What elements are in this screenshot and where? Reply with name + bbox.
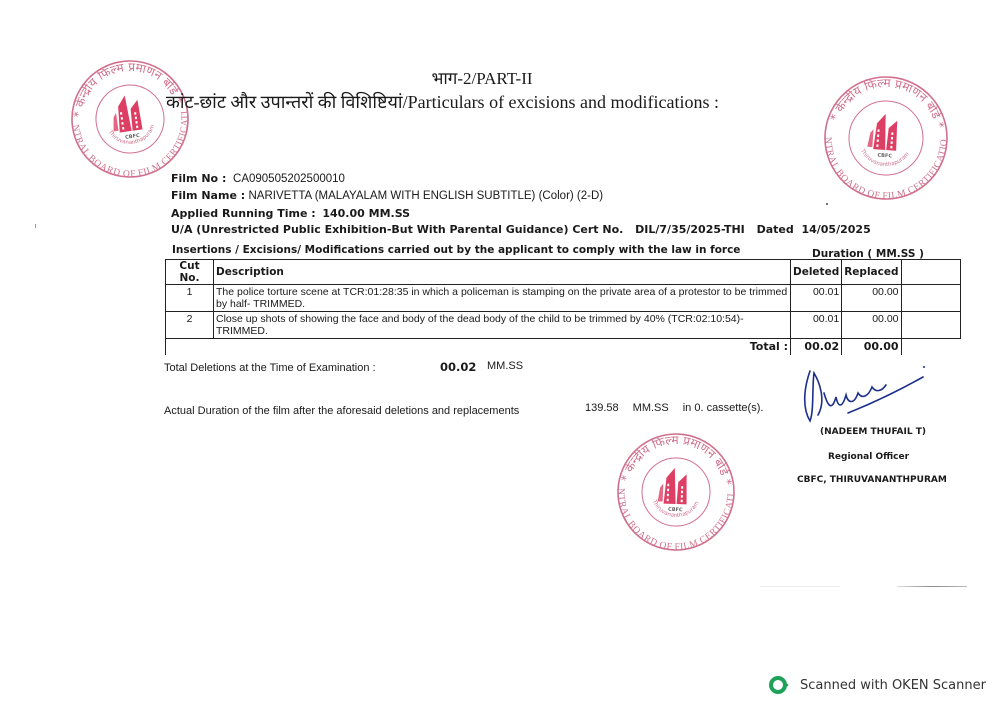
film-name-value: NARIVETTA (MALAYALAM WITH ENGLISH SUBTIT…	[248, 190, 603, 202]
header-description: Description	[214, 260, 791, 285]
cut-number: 2	[166, 312, 214, 339]
film-name: Film Name : NARIVETTA (MALAYALAM WITH EN…	[171, 188, 603, 202]
part-heading: भाग-2/PART-II	[0, 66, 1000, 89]
cut-description: The police torture scene at TCR:01:28:35…	[214, 285, 791, 312]
watermark-text: Scanned with OKEN Scanner	[800, 678, 986, 693]
svg-text:CBFC: CBFC	[668, 507, 683, 514]
actual-duration: 139.58MM.SSin 0. cassette(s).	[585, 402, 763, 414]
scanner-watermark: Scanned with OKEN Scanner	[768, 674, 986, 696]
certificate-number: DIL/7/35/2025-THI	[635, 223, 745, 236]
table-header-row: Cut No. Description Deleted Replaced	[166, 260, 961, 285]
applied-running-time: Applied Running Time : 140.00 MM.SS	[171, 206, 410, 220]
blank-cell	[901, 312, 960, 339]
header-replaced: Replaced	[842, 260, 901, 285]
replaced-duration: 00.00	[842, 312, 901, 339]
officer-title: Regional Officer	[828, 452, 909, 462]
total-deletions-label: Total Deletions at the Time of Examinati…	[164, 362, 376, 374]
certificate-category: U/A (Unrestricted Public Exhibition-But …	[171, 223, 623, 236]
replaced-duration: 00.00	[842, 285, 901, 312]
actual-duration-unit: MM.SS	[633, 402, 669, 414]
running-time-value: 140.00 MM.SS	[322, 207, 410, 220]
total-deletions-unit: MM.SS	[487, 360, 523, 372]
cbfc-seal-stamp-right: * केन्द्रीय फिल्म प्रमाणन बोर्ड *CENTRAL…	[822, 74, 950, 202]
table-row: 1The police torture scene at TCR:01:28:3…	[166, 285, 961, 312]
actual-duration-label: Actual Duration of the film after the af…	[164, 405, 519, 417]
faint-rule	[760, 586, 840, 587]
total-deleted: 00.02	[791, 339, 842, 356]
total-deletions-value: 00.02	[440, 360, 476, 374]
dated-label: Dated	[757, 223, 794, 236]
film-number: Film No : CA090505202500010	[171, 171, 345, 185]
blank-cell	[901, 285, 960, 312]
total-replaced: 00.00	[842, 339, 901, 356]
film-no-value: CA090505202500010	[233, 173, 345, 185]
excisions-table: Cut No. Description Deleted Replaced 1Th…	[165, 259, 961, 355]
header-blank	[901, 260, 960, 285]
certificate-line: U/A (Unrestricted Public Exhibition-But …	[171, 223, 871, 236]
cbfc-seal-stamp-bottom: * केन्द्रीय फिल्म प्रमाणन बोर्ड *CENTRAL…	[612, 431, 740, 553]
svg-text:CENTRAL BOARD OF FILM CERTIFIC: CENTRAL BOARD OF FILM CERTIFICATION	[612, 431, 739, 553]
officer-office: CBFC, THIRUVANANTHPURAM	[797, 475, 947, 485]
cassette-count: in 0. cassette(s).	[683, 402, 764, 414]
total-blank-right	[901, 339, 960, 356]
signature	[798, 363, 928, 433]
header-cut-no: Cut No.	[166, 260, 214, 285]
deleted-duration: 00.01	[791, 312, 842, 339]
film-no-label: Film No :	[171, 172, 226, 185]
actual-duration-value: 139.58	[585, 402, 619, 414]
oken-scanner-logo-icon	[768, 674, 790, 696]
total-blank	[166, 339, 214, 356]
particulars-heading: कांट-छांट और उपान्तरों की विशिष्टियां/Pa…	[166, 90, 719, 114]
svg-text:* केन्द्रीय फिल्म प्रमाणन बोर्: * केन्द्रीय फिल्म प्रमाणन बोर्ड *	[618, 431, 736, 487]
running-time-label: Applied Running Time :	[171, 207, 316, 220]
film-name-label: Film Name :	[171, 189, 245, 202]
svg-text:CENTRAL BOARD OF FILM CERTIFIC: CENTRAL BOARD OF FILM CERTIFICATION	[822, 74, 950, 202]
deleted-duration: 00.01	[791, 285, 842, 312]
speck	[826, 203, 828, 205]
officer-name: (NADEEM THUFAIL T)	[820, 427, 926, 437]
header-deleted: Deleted	[791, 260, 842, 285]
certificate-date: 14/05/2025	[801, 223, 870, 236]
cut-number: 1	[166, 285, 214, 312]
total-row: Total :00.0200.00	[166, 339, 961, 356]
table-caption: Insertions / Excisions/ Modifications ca…	[172, 244, 740, 256]
svg-text:CBFC: CBFC	[877, 152, 892, 159]
total-label: Total :	[214, 339, 791, 356]
table-row: 2Close up shots of showing the face and …	[166, 312, 961, 339]
faint-rule	[897, 586, 967, 587]
cut-description: Close up shots of showing the face and b…	[214, 312, 791, 339]
speck	[35, 224, 36, 228]
